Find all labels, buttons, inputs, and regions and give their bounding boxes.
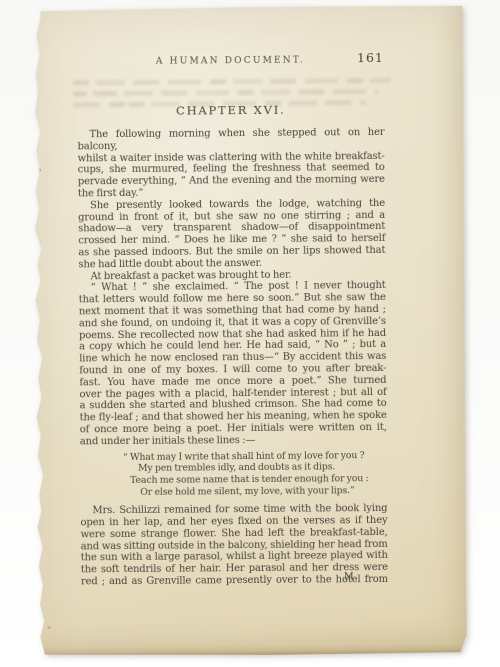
page-number: 161 xyxy=(357,51,384,65)
body-text: The following morning when she stepped o… xyxy=(77,127,388,588)
verse-line: Or else hold me silent, my love, with yo… xyxy=(80,485,387,499)
text-line: of once more being a poet. Her initials … xyxy=(80,422,387,436)
paragraph: She presently looked towards the lodge, … xyxy=(78,198,386,271)
text-line: as she passed indoors. But the smile on … xyxy=(78,245,385,259)
page-header: A HUMAN DOCUMENT. 161 xyxy=(77,54,384,68)
text-line: pervade everything, “ And the evening an… xyxy=(78,174,385,188)
page-paper: A HUMAN DOCUMENT. 161 CHAPTER XVI. The f… xyxy=(30,5,467,656)
text-line: red ; and as Grenville came presently ov… xyxy=(81,574,388,588)
text-line: The following morning when she stepped o… xyxy=(77,127,384,153)
page-bottom-edge xyxy=(35,644,467,656)
paragraph: Mrs. Schilizzi remained for some time wi… xyxy=(80,503,388,588)
running-head: A HUMAN DOCUMENT. xyxy=(77,54,384,68)
chapter-heading: CHAPTER XVI. xyxy=(77,102,384,118)
text-line: and under her initials these lines :— xyxy=(80,434,387,448)
verse-block: “ What may I write that shall hint of my… xyxy=(80,449,387,499)
paper-speck xyxy=(192,203,194,205)
paper-speck xyxy=(39,169,41,172)
paragraph: The following morning when she stepped o… xyxy=(77,127,385,200)
printer-signature-mark: M xyxy=(344,571,354,582)
text-block: A HUMAN DOCUMENT. 161 CHAPTER XVI. The f… xyxy=(77,54,388,588)
paper-speck xyxy=(47,627,50,629)
paragraph: “ What ! ” she exclaimed. “ The post ! I… xyxy=(79,280,387,448)
photo-background: A HUMAN DOCUMENT. 161 CHAPTER XVI. The f… xyxy=(0,0,500,667)
book-page: A HUMAN DOCUMENT. 161 CHAPTER XVI. The f… xyxy=(30,5,467,656)
